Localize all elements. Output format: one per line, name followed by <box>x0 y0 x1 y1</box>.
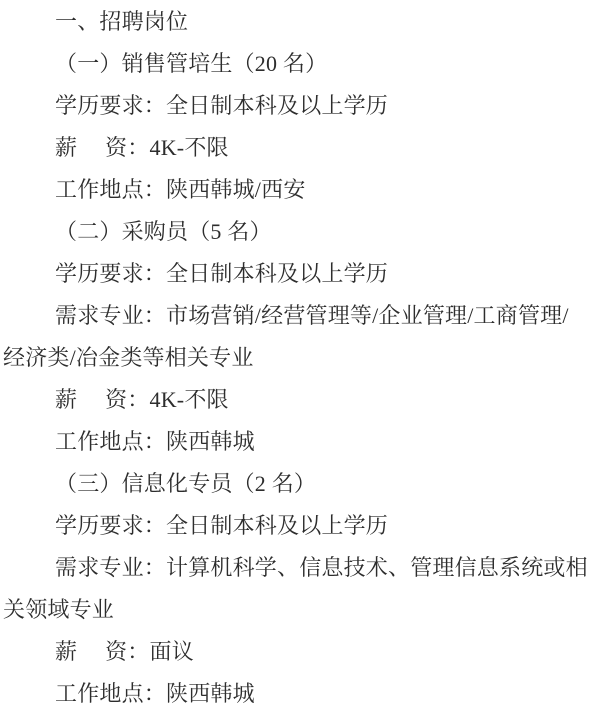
text-line: 关领域专业 <box>3 589 590 631</box>
paragraph-position-2-title: （二）采购员（5 名） <box>3 211 590 253</box>
paragraph-position-3-education: 学历要求：全日制本科及以上学历 <box>3 505 590 547</box>
paragraph-position-3-location: 工作地点：陕西韩城 <box>3 673 590 715</box>
paragraph-position-1-salary: 薪 资：4K-不限 <box>3 127 590 169</box>
text-line: 学历要求：全日制本科及以上学历 <box>3 85 590 127</box>
text-line: 薪 资：4K-不限 <box>3 379 590 421</box>
paragraph-section-heading: 一、招聘岗位 <box>3 1 590 43</box>
text-line: 工作地点：陕西韩城 <box>3 673 590 715</box>
paragraph-position-3-salary: 薪 资：面议 <box>3 631 590 673</box>
text-line: （三）信息化专员（2 名） <box>3 463 590 505</box>
paragraph-position-1-title: （一）销售管培生（20 名） <box>3 43 590 85</box>
text-line: 需求专业：市场营销/经营管理等/企业管理/工商管理/ <box>3 295 590 337</box>
text-line: 经济类/冶金类等相关专业 <box>3 337 590 379</box>
text-line: 需求专业：计算机科学、信息技术、管理信息系统或相 <box>3 547 590 589</box>
text-line: 一、招聘岗位 <box>3 1 590 43</box>
paragraph-position-1-location: 工作地点：陕西韩城/西安 <box>3 169 590 211</box>
paragraph-position-2-education: 学历要求：全日制本科及以上学历 <box>3 253 590 295</box>
text-line: 工作地点：陕西韩城 <box>3 421 590 463</box>
document-page: 一、招聘岗位（一）销售管培生（20 名）学历要求：全日制本科及以上学历薪 资：4… <box>0 0 600 719</box>
paragraph-position-1-education: 学历要求：全日制本科及以上学历 <box>3 85 590 127</box>
paragraph-position-2-salary: 薪 资：4K-不限 <box>3 379 590 421</box>
paragraph-position-3-majors: 需求专业：计算机科学、信息技术、管理信息系统或相关领域专业 <box>3 547 590 631</box>
text-line: 工作地点：陕西韩城/西安 <box>3 169 590 211</box>
paragraph-position-2-majors: 需求专业：市场营销/经营管理等/企业管理/工商管理/经济类/冶金类等相关专业 <box>3 295 590 379</box>
paragraph-position-3-title: （三）信息化专员（2 名） <box>3 463 590 505</box>
text-line: （一）销售管培生（20 名） <box>3 43 590 85</box>
text-line: 学历要求：全日制本科及以上学历 <box>3 253 590 295</box>
paragraph-position-2-location: 工作地点：陕西韩城 <box>3 421 590 463</box>
text-line: 薪 资：4K-不限 <box>3 127 590 169</box>
text-line: （二）采购员（5 名） <box>3 211 590 253</box>
text-line: 学历要求：全日制本科及以上学历 <box>3 505 590 547</box>
text-line: 薪 资：面议 <box>3 631 590 673</box>
